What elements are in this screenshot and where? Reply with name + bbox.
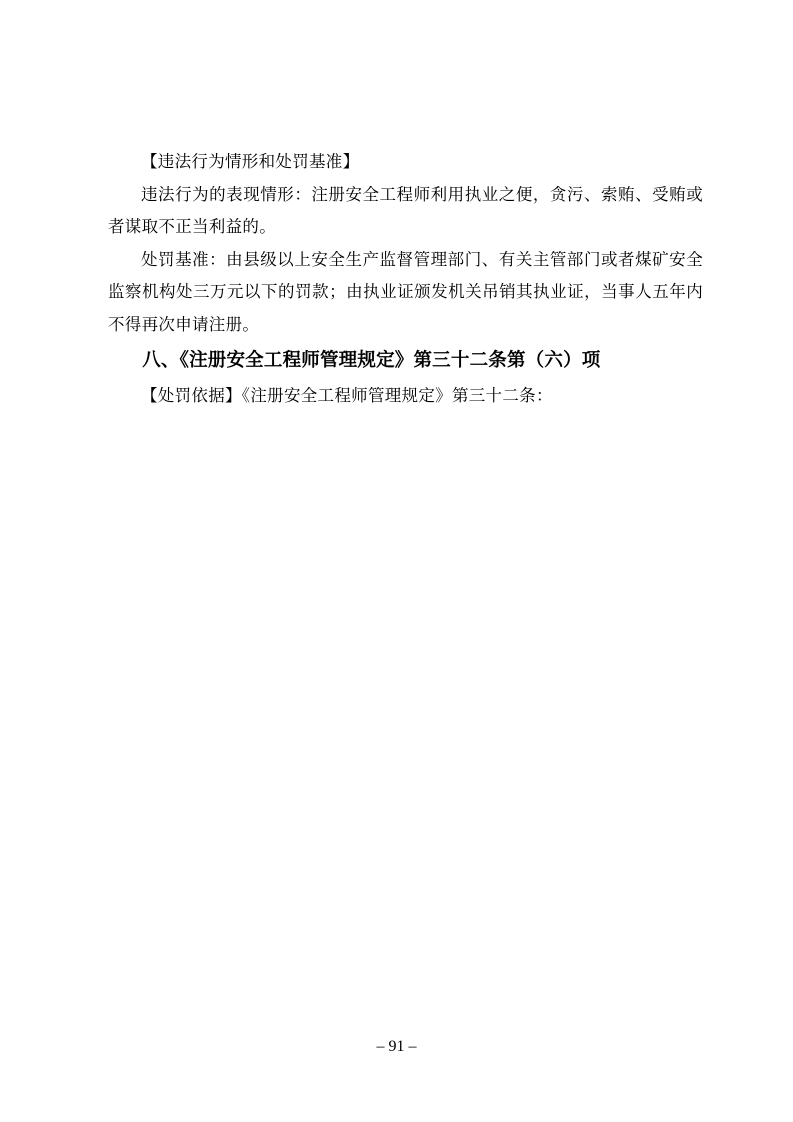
section-heading: 八、《注册安全工程师管理规定》第三十二条第（六）项 <box>108 343 703 379</box>
page-number: – 91 – <box>0 1038 793 1056</box>
paragraph-violation-circumstances: 违法行为的表现情形：注册安全工程师利用执业之便，贪污、索贿、受贿或者谋取不正当利… <box>108 179 703 244</box>
paragraph-penalty-standard: 处罚基准：由县级以上安全生产监督管理部门、有关主管部门或者煤矿安全监察机构处三万… <box>108 244 703 342</box>
document-page: 【违法行为情形和处罚基准】 违法行为的表现情形：注册安全工程师利用执业之便，贪污… <box>0 0 793 1122</box>
bracket-heading: 【违法行为情形和处罚基准】 <box>108 146 703 179</box>
paragraph-penalty-basis: 【处罚依据】《注册安全工程师管理规定》第三十二条： <box>108 380 703 413</box>
